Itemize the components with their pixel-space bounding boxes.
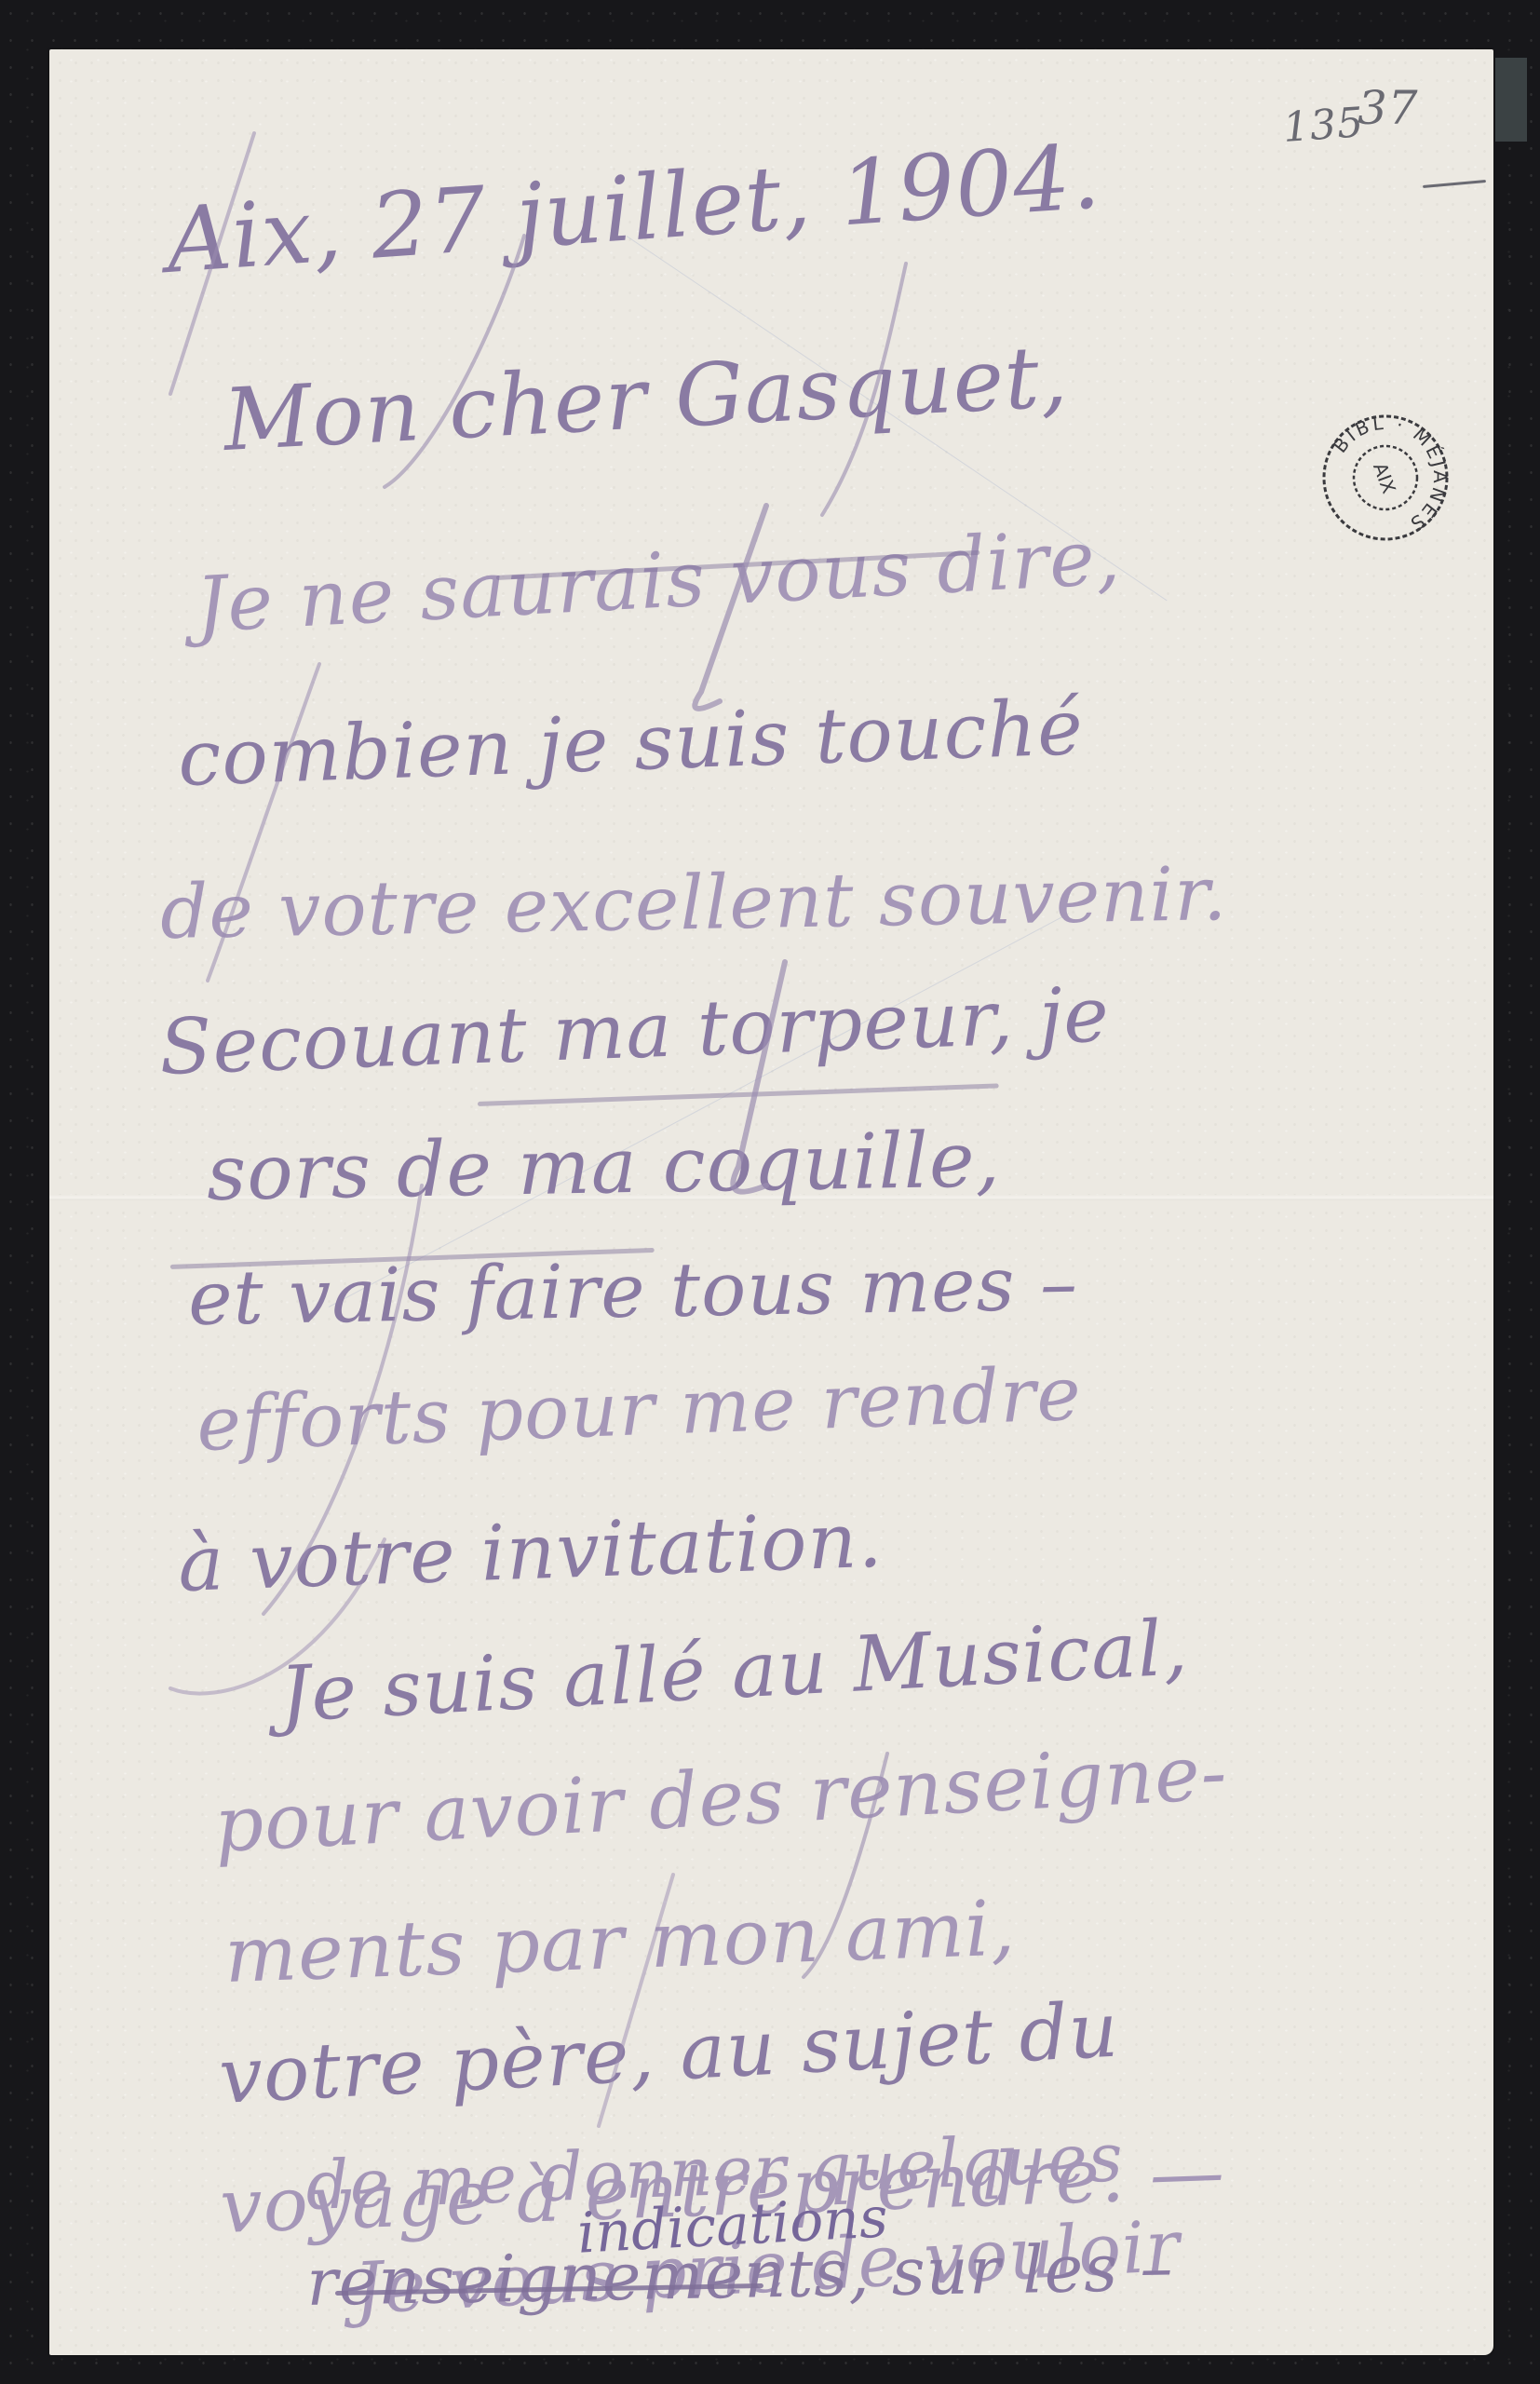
letter-page: 135 37 BIBL · MÉJANES AIX Aix, 27 juille… — [49, 49, 1493, 2355]
handwriting-flourishes — [49, 49, 1493, 2355]
scan-edge-strip — [1495, 58, 1527, 142]
letter-line-struck: renseignements, sur les – — [306, 2229, 1174, 2321]
